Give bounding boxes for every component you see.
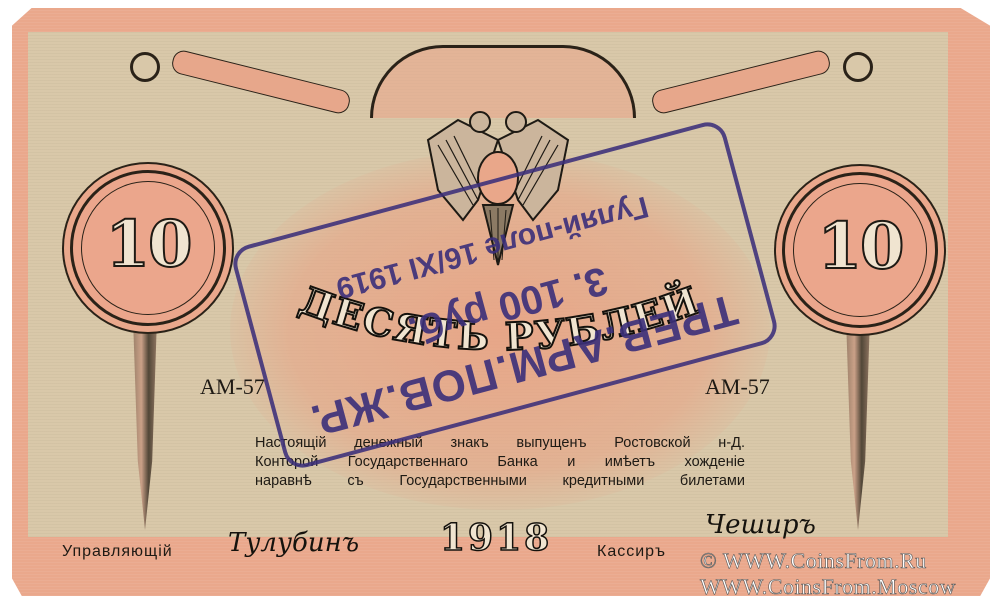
legal-text-line: наравнѣ съ Государственными кредитными б… (255, 472, 745, 491)
manager-label: Управляющій (62, 543, 173, 561)
issue-year: 1918 (440, 517, 552, 559)
finial-left (130, 52, 160, 82)
denomination-numeral-left: 10 (73, 207, 223, 282)
cashier-signature: Чеширъ (705, 510, 816, 540)
manager-signature: Тулубинъ (228, 528, 359, 558)
denomination-medallion-left: 10 (70, 170, 226, 326)
cashier-label: Кассиръ (597, 543, 666, 561)
watermark-line-1: © WWW.CoinsFrom.Ru (700, 548, 927, 574)
watermark-line-2: WWW.CoinsFrom.Moscow (700, 574, 956, 600)
denomination-medallion-right: 10 (782, 172, 938, 328)
serial-number-right: АМ-57 (705, 374, 770, 400)
finial-right (843, 52, 873, 82)
denomination-numeral-right: 10 (785, 209, 935, 284)
serial-number-left: АМ-57 (200, 374, 265, 400)
